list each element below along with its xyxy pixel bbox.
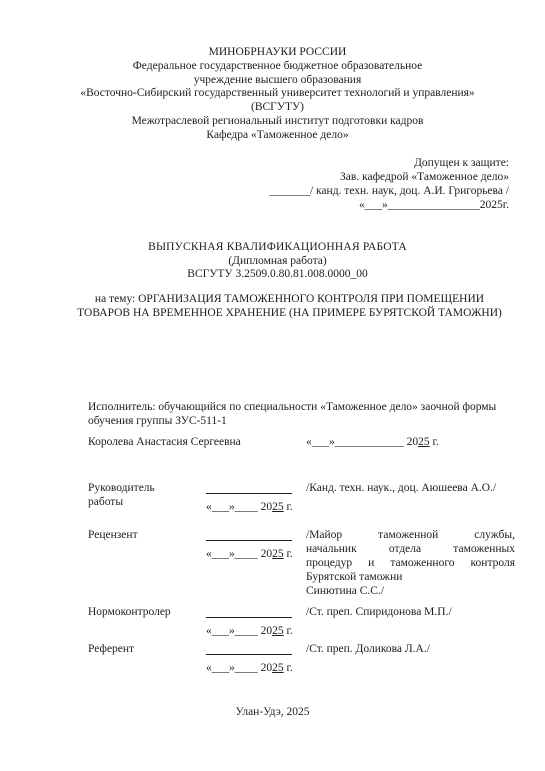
reviewer-date-prefix: «___»____ 20 — [206, 548, 272, 560]
referent-name: /Ст. преп. Доликова Л.А./ — [306, 642, 515, 675]
topic-line-1: на тему: ОРГАНИЗАЦИЯ ТАМОЖЕННОГО КОНТРОЛ… — [56, 292, 523, 306]
signature-row-reviewer: Рецензент «___»____ 2025 г. /Майор тамож… — [88, 528, 515, 598]
approval-date-line: «___»________________2025г. — [180, 198, 509, 212]
normcontrol-role-label: Нормоконтролер — [88, 605, 206, 638]
referent-date-line: «___»____ 2025 г. — [206, 661, 306, 675]
supervisor-name: /Канд. техн. наук., доц. Аюшеева А.О./ — [306, 481, 515, 514]
work-subtitle: (Дипломная работа) — [38, 255, 517, 269]
referent-role-label: Референт — [88, 642, 206, 675]
reviewer-date-line: «___»____ 2025 г. — [206, 547, 306, 561]
supervisor-signature-cell: «___»____ 2025 г. — [206, 481, 306, 514]
normcontrol-date-suffix: г. — [284, 625, 293, 637]
referent-date-prefix: «___»____ 20 — [206, 662, 272, 674]
reviewer-name-line-3: процедур и таможенного контроля — [306, 556, 515, 570]
signature-row-supervisor: Руководитель работы «___»____ 2025 г. /К… — [88, 481, 515, 514]
executor-date-suffix: г. — [430, 436, 439, 448]
reviewer-name: /Майор таможенной службы, начальник отде… — [306, 528, 515, 598]
institution-line-1: Федеральное государственное бюджетное об… — [38, 60, 517, 74]
reviewer-name-line-5: Синютина С.С./ — [306, 584, 515, 598]
reviewer-signature-cell: «___»____ 2025 г. — [206, 528, 306, 598]
university-name: «Восточно-Сибирский государственный унив… — [38, 87, 517, 101]
supervisor-date-prefix: «___»____ 20 — [206, 501, 272, 513]
approval-signature-line: _______/ канд. техн. наук, доц. А.И. Гри… — [180, 184, 509, 198]
referent-signature-line — [206, 642, 292, 655]
reviewer-name-line-2: начальник отдела таможенных — [306, 542, 515, 556]
executor-description-line-2: обучения группы ЗУС-511-1 — [88, 414, 517, 428]
department-name: Кафедра «Таможенное дело» — [38, 129, 517, 143]
reviewer-date-year: 25 — [272, 548, 284, 560]
work-title: ВЫПУСКНАЯ КВАЛИФИКАЦИОННАЯ РАБОТА — [38, 241, 517, 255]
executor-block: Исполнитель: обучающийся по специальност… — [88, 400, 517, 449]
normcontrol-date-year: 25 — [272, 625, 284, 637]
ministry-line: МИНОБРНАУКИ РОССИИ — [38, 46, 517, 60]
normcontrol-signature-line — [206, 605, 292, 618]
referent-signature-cell: «___»____ 2025 г. — [206, 642, 306, 675]
normcontrol-name: /Ст. преп. Спиридонова М.П./ — [306, 605, 515, 638]
signature-row-referent: Референт «___»____ 2025 г. /Ст. преп. До… — [88, 642, 515, 675]
approval-title: Допущен к защите: — [180, 156, 509, 170]
work-title-block: ВЫПУСКНАЯ КВАЛИФИКАЦИОННАЯ РАБОТА (Дипло… — [38, 241, 517, 282]
supervisor-signature-line — [206, 481, 292, 494]
normcontrol-date-prefix: «___»____ 20 — [206, 625, 272, 637]
executor-name: Королева Анастасия Сергеевна — [88, 436, 241, 448]
approval-position: Зав. кафедрой «Таможенное дело» — [180, 170, 509, 184]
referent-date-year: 25 — [272, 662, 284, 674]
reviewer-date-suffix: г. — [284, 548, 293, 560]
reviewer-name-line-4: Бурятской таможни — [306, 570, 515, 584]
thesis-title-page: МИНОБРНАУКИ РОССИИ Федеральное государст… — [0, 0, 545, 771]
city-year-footer: Улан-Удэ, 2025 — [0, 706, 545, 720]
referent-date-suffix: г. — [284, 662, 293, 674]
reviewer-role-label: Рецензент — [88, 528, 206, 598]
executor-signature-row: Королева Анастасия Сергеевна «___»______… — [88, 435, 517, 449]
supervisor-date-suffix: г. — [284, 501, 293, 513]
executor-date-line: «___»____________ 2025 г. — [306, 435, 439, 449]
university-abbr: (ВСГУТУ) — [38, 101, 517, 115]
executor-date-year: 25 — [418, 436, 430, 448]
institution-line-2: учреждение высшего образования — [38, 74, 517, 88]
work-code: ВСГУТУ 3.2509.0.80.81.008.0000_00 — [38, 268, 517, 282]
signature-row-normcontrol: Нормоконтролер «___»____ 2025 г. /Ст. пр… — [88, 605, 515, 638]
approval-block: Допущен к защите: Зав. кафедрой «Таможен… — [180, 156, 509, 212]
executor-date-prefix: «___»____________ 20 — [306, 436, 418, 448]
reviewer-signature-line — [206, 528, 292, 541]
reviewer-name-line-1: /Майор таможенной службы, — [306, 528, 515, 542]
supervisor-role-label: Руководитель работы — [88, 481, 206, 514]
supervisor-date-line: «___»____ 2025 г. — [206, 500, 306, 514]
institution-header: МИНОБРНАУКИ РОССИИ Федеральное государст… — [38, 46, 517, 143]
normcontrol-signature-cell: «___»____ 2025 г. — [206, 605, 306, 638]
supervisor-date-year: 25 — [272, 501, 284, 513]
executor-description-line-1: Исполнитель: обучающийся по специальност… — [88, 400, 517, 414]
topic-block: на тему: ОРГАНИЗАЦИЯ ТАМОЖЕННОГО КОНТРОЛ… — [56, 292, 523, 320]
institute-name: Межотраслевой региональный институт подг… — [38, 115, 517, 129]
normcontrol-date-line: «___»____ 2025 г. — [206, 624, 306, 638]
topic-line-2: ТОВАРОВ НА ВРЕМЕННОЕ ХРАНЕНИЕ (НА ПРИМЕР… — [56, 306, 523, 320]
